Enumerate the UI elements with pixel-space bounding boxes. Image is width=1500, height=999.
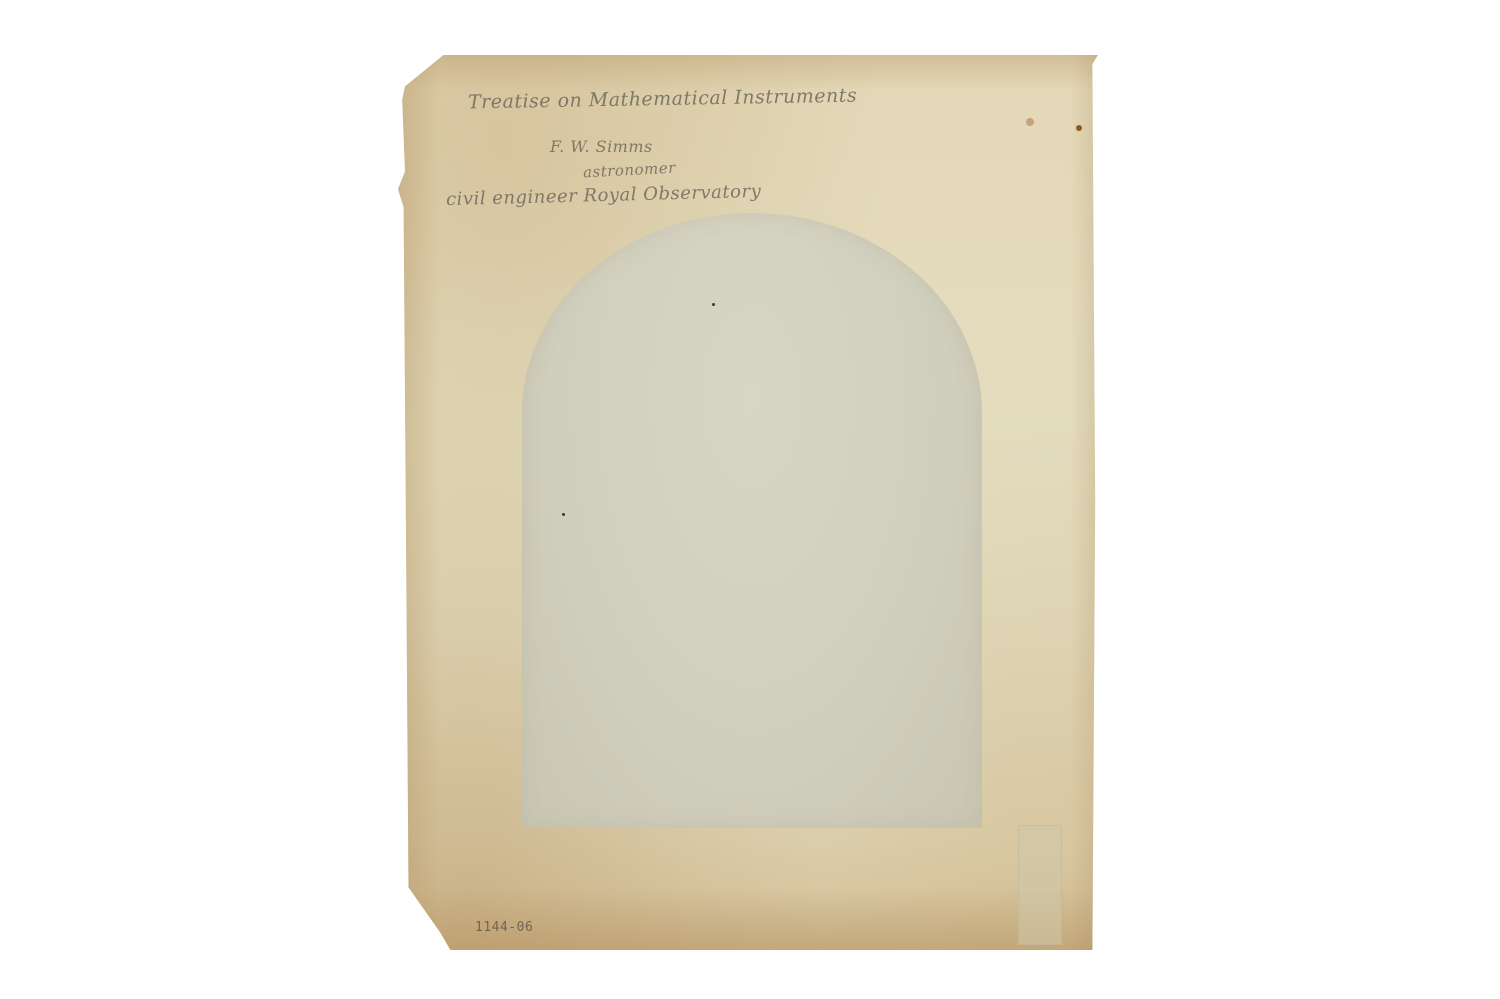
foxing-spot bbox=[1076, 125, 1082, 131]
handwritten-astronomer: astronomer bbox=[583, 159, 677, 182]
inventory-number: 1144-06 bbox=[475, 920, 533, 935]
dust-speck bbox=[562, 513, 565, 516]
handwritten-roles: civil engineer Royal Observatory bbox=[446, 181, 762, 210]
paper-sheet: Treatise on Mathematical Instruments F. … bbox=[398, 55, 1098, 950]
handwritten-title: Treatise on Mathematical Instruments bbox=[468, 85, 857, 114]
dust-speck bbox=[712, 303, 715, 306]
arch-mount-panel bbox=[522, 213, 982, 828]
photo-stage: Treatise on Mathematical Instruments F. … bbox=[0, 0, 1500, 999]
handwritten-author: F. W. Simms bbox=[550, 137, 653, 156]
tape-remnant bbox=[1018, 825, 1062, 945]
foxing-spot bbox=[1026, 118, 1034, 126]
